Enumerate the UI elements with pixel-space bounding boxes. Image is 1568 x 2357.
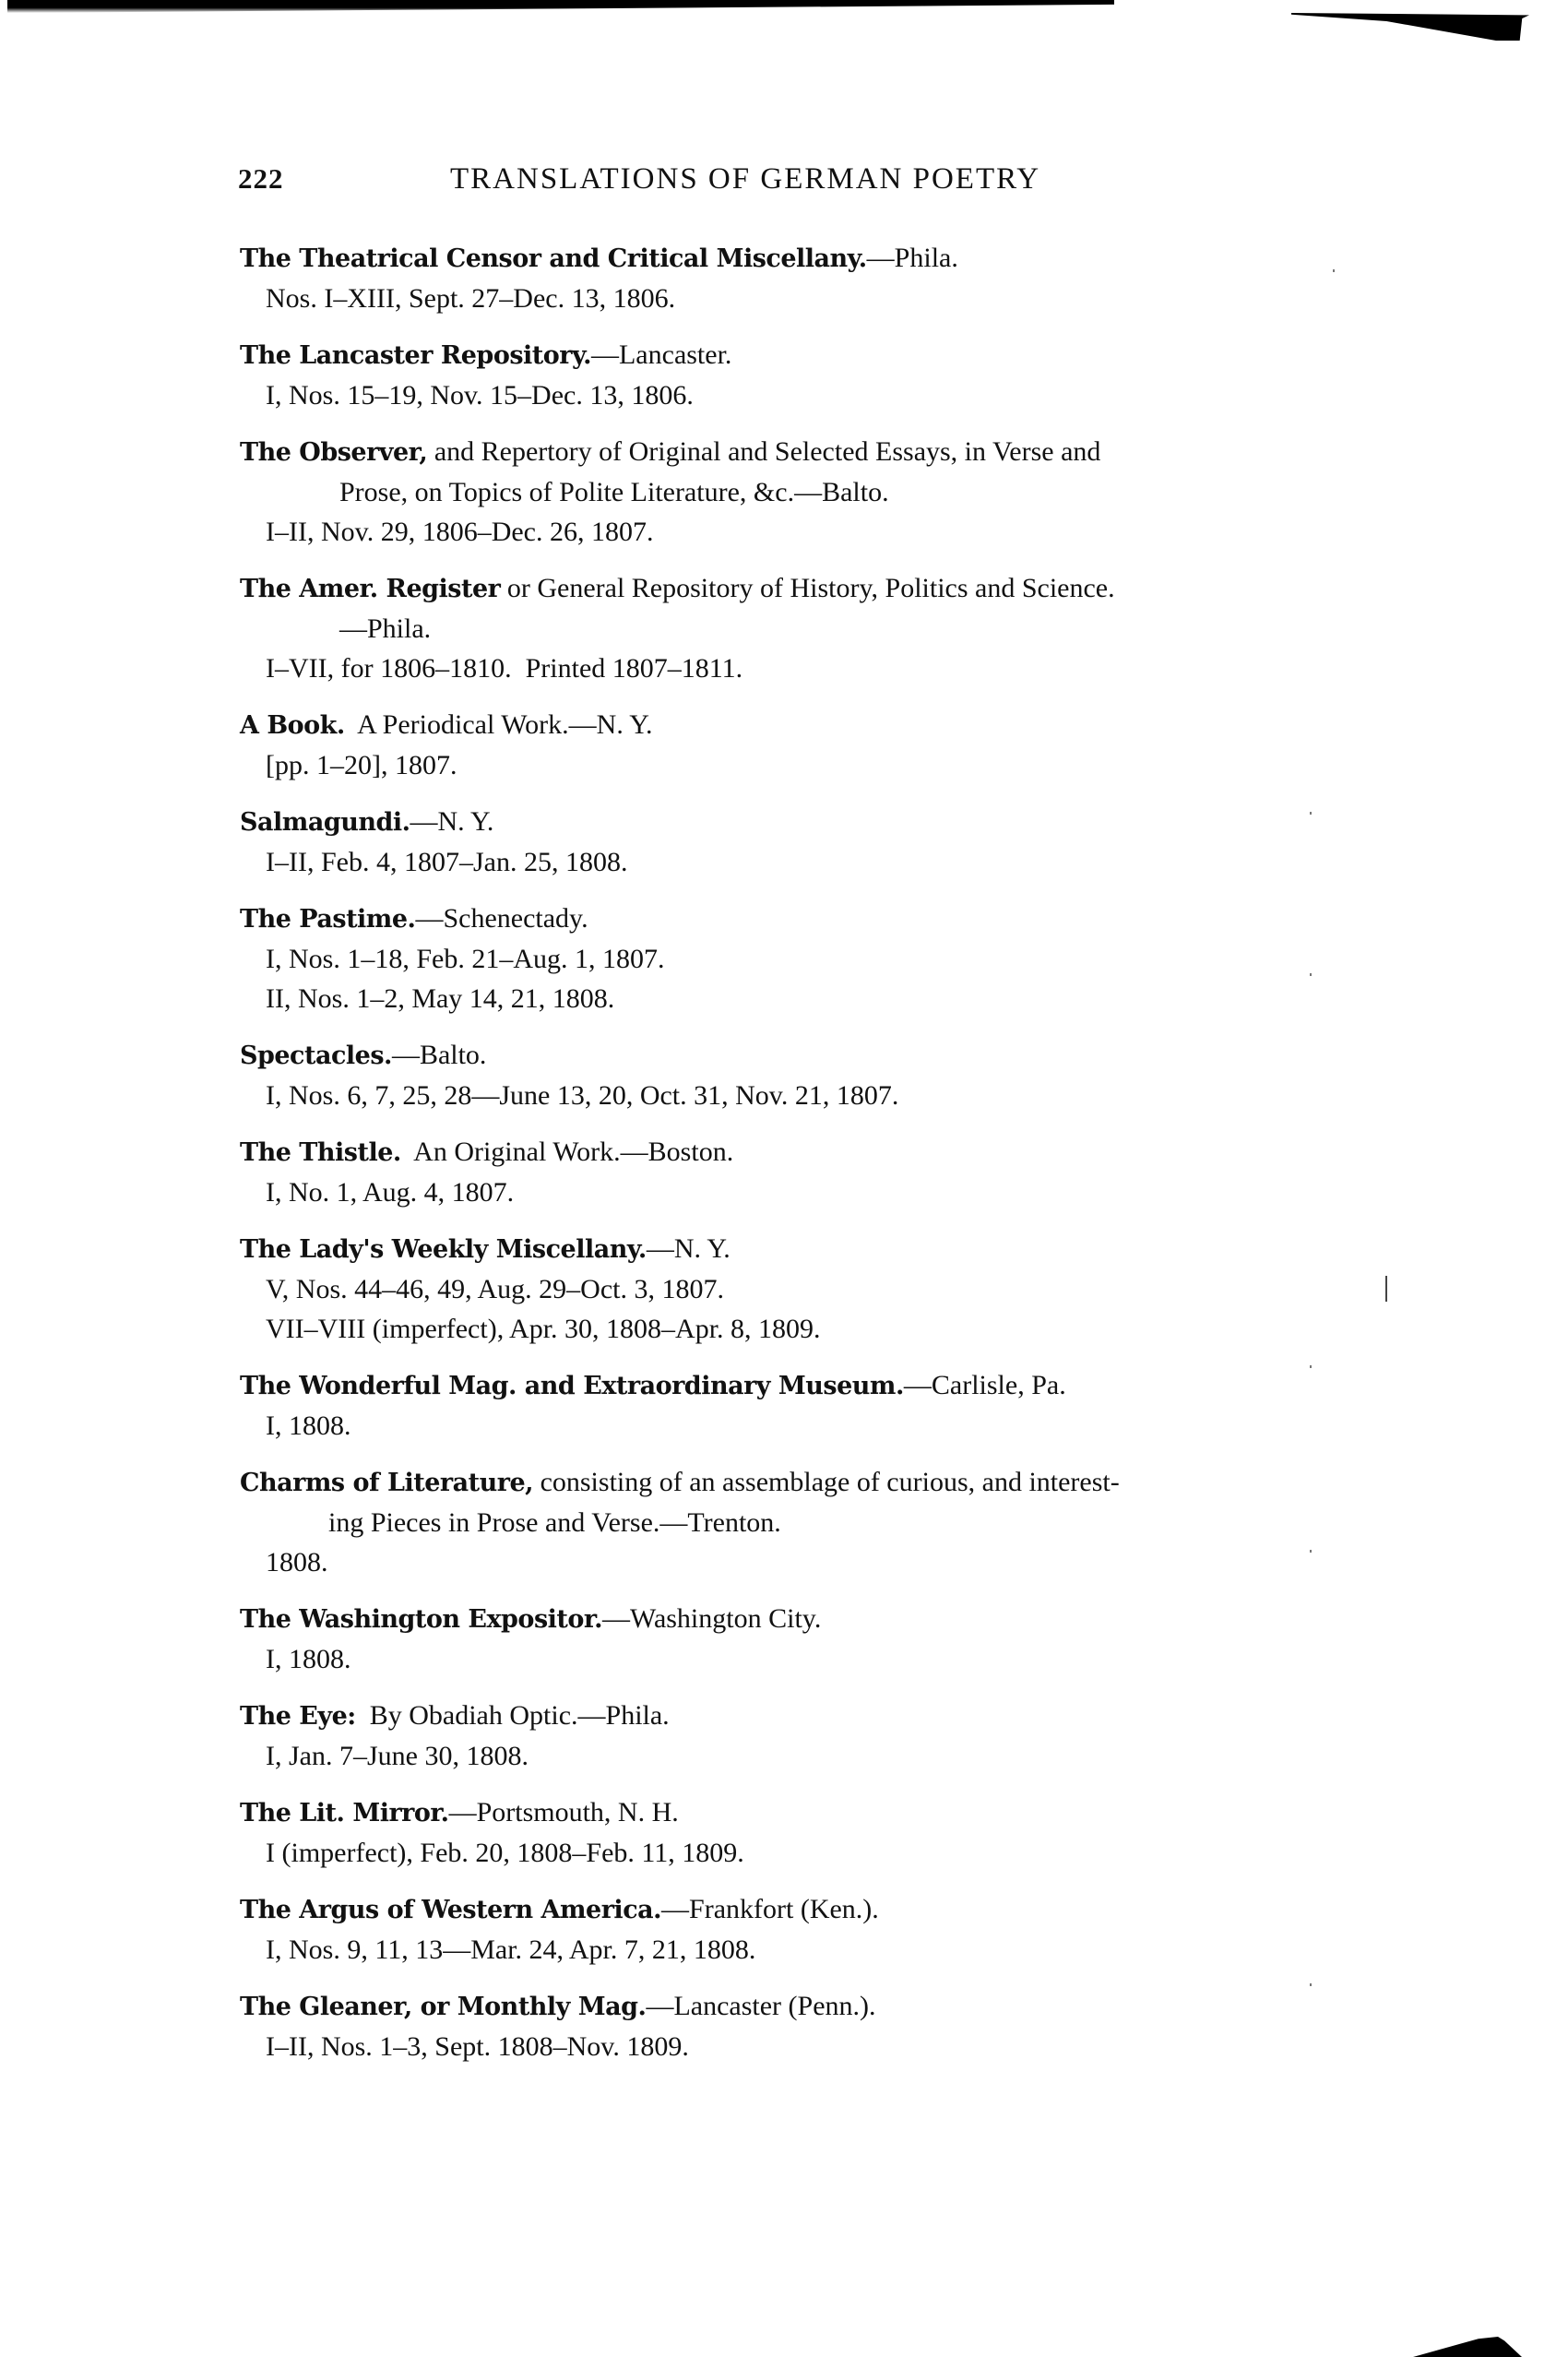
list-item: The Washington Expositor.—Washington Cit… <box>240 1599 1384 1679</box>
list-item: Spectacles.—Balto. I, Nos. 6, 7, 25, 28—… <box>240 1035 1384 1115</box>
scan-speck <box>1310 812 1312 815</box>
scan-speck <box>1310 1983 1312 1986</box>
entry-subtitle: By Obadiah Optic. <box>370 1700 578 1731</box>
entry-detail: I, 1808. <box>240 1639 1384 1679</box>
running-title: TRANSLATIONS OF GERMAN POETRY <box>450 159 1040 199</box>
entry-detail: I–II, Nos. 1–3, Sept. 1808–Nov. 1809. <box>240 2027 1384 2066</box>
entry-title: The Washington Expositor. <box>240 1605 602 1634</box>
entry-detail: I, Nos. 1–18, Feb. 21–Aug. 1, 1807. <box>240 939 1384 979</box>
entry-detail: I–II, Nov. 29, 1806–Dec. 26, 1807. <box>240 512 1384 552</box>
entry-title-line: The Pastime.—Schenectady. <box>240 899 1384 939</box>
entry-place: —N. Y. <box>647 1233 731 1264</box>
entry-title-line: The Wonderful Mag. and Extraordinary Mus… <box>240 1365 1384 1406</box>
entry-title-continuation: ing Pieces in Prose and Verse.—Trenton. <box>240 1503 1384 1542</box>
scan-speck <box>1333 269 1335 272</box>
entry-title-line: The Lancaster Repository.—Lancaster. <box>240 335 1384 375</box>
entry-place: —N. Y. <box>410 806 494 837</box>
entry-title-line: The Washington Expositor.—Washington Cit… <box>240 1599 1384 1639</box>
entry-detail: [pp. 1–20], 1807. <box>240 745 1384 785</box>
entry-place: —Boston. <box>621 1137 734 1167</box>
entry-title: The Lit. Mirror. <box>240 1799 449 1827</box>
entry-title-line: The Eye: By Obadiah Optic.—Phila. <box>240 1696 1384 1736</box>
entry-title: The Pastime. <box>240 905 415 934</box>
entry-title: The Gleaner, or Monthly Mag. <box>240 1993 646 2021</box>
list-item: The Amer. Register or General Repository… <box>240 568 1384 688</box>
entry-place: —Lancaster (Penn.). <box>646 1991 875 2021</box>
entry-title-line: The Amer. Register or General Repository… <box>240 568 1384 609</box>
page-number: 222 <box>238 159 284 199</box>
entry-title-line: A Book. A Periodical Work.—N. Y. <box>240 705 1384 745</box>
entry-title: Charms of Literature, <box>240 1469 533 1497</box>
entry-title: The Lancaster Repository. <box>240 341 591 370</box>
entry-detail: I, 1808. <box>240 1406 1384 1446</box>
entry-title: The Lady's Weekly Miscellany. <box>240 1235 647 1264</box>
entry-subtitle: An Original Work. <box>413 1137 621 1167</box>
scan-corner-top-right <box>1291 13 1529 41</box>
list-item: The Wonderful Mag. and Extraordinary Mus… <box>240 1365 1384 1446</box>
entry-detail: I (imperfect), Feb. 20, 1808–Feb. 11, 18… <box>240 1833 1384 1873</box>
entry-place: —Carlisle, Pa. <box>904 1370 1066 1400</box>
entry-title-line: The Gleaner, or Monthly Mag.—Lancaster (… <box>240 1986 1384 2027</box>
entry-title-line: The Thistle. An Original Work.—Boston. <box>240 1132 1384 1173</box>
entry-title-line: Charms of Literature, consisting of an a… <box>240 1462 1384 1503</box>
entry-detail: VII–VIII (imperfect), Apr. 30, 1808–Apr.… <box>240 1309 1384 1349</box>
entry-title-continuation: —Phila. <box>240 609 1384 649</box>
entry-title: The Amer. Register <box>240 575 500 603</box>
entry-place: —Balto. <box>392 1040 487 1070</box>
entry-place: —Phila. <box>578 1700 670 1731</box>
list-item: The Lit. Mirror.—Portsmouth, N. H. I (im… <box>240 1792 1384 1873</box>
entry-detail: I–II, Feb. 4, 1807–Jan. 25, 1808. <box>240 842 1384 882</box>
scan-speck <box>1310 1550 1312 1553</box>
entry-detail: II, Nos. 1–2, May 14, 21, 1808. <box>240 979 1384 1018</box>
entry-detail: I, Jan. 7–June 30, 1808. <box>240 1736 1384 1776</box>
list-item: The Lady's Weekly Miscellany.—N. Y. V, N… <box>240 1229 1384 1349</box>
list-item: The Argus of Western America.—Frankfort … <box>240 1889 1384 1970</box>
entry-subtitle: or General Repository of History, Politi… <box>507 573 1115 603</box>
entry-title: The Theatrical Censor and Critical Misce… <box>240 244 867 273</box>
entry-title: The Argus of Western America. <box>240 1896 661 1924</box>
list-item: Charms of Literature, consisting of an a… <box>240 1462 1384 1582</box>
entry-title-line: The Theatrical Censor and Critical Misce… <box>240 238 1384 279</box>
entry-title-line: Salmagundi.—N. Y. <box>240 802 1384 842</box>
periodical-list: The Theatrical Censor and Critical Misce… <box>240 238 1384 2083</box>
entry-detail: I, Nos. 15–19, Nov. 15–Dec. 13, 1806. <box>240 375 1384 415</box>
entry-place: —N. Y. <box>569 709 653 740</box>
entry-title-continuation: Prose, on Topics of Polite Literature, &… <box>240 472 1384 512</box>
list-item: The Thistle. An Original Work.—Boston. I… <box>240 1132 1384 1212</box>
entry-title: A Book. <box>240 711 345 740</box>
entry-subtitle: consisting of an assemblage of curious, … <box>540 1467 1120 1497</box>
entry-title: Spectacles. <box>240 1042 392 1070</box>
scan-speck <box>1310 1365 1312 1368</box>
entry-detail: I, Nos. 9, 11, 13—Mar. 24, Apr. 7, 21, 1… <box>240 1930 1384 1970</box>
list-item: The Lancaster Repository.—Lancaster. I, … <box>240 335 1384 415</box>
entry-detail: V, Nos. 44–46, 49, Aug. 29–Oct. 3, 1807. <box>240 1269 1384 1309</box>
entry-title-line: The Lit. Mirror.—Portsmouth, N. H. <box>240 1792 1384 1833</box>
scan-edge-shadow <box>7 0 1114 13</box>
list-item: The Observer, and Repertory of Original … <box>240 432 1384 552</box>
entry-place: —Washington City. <box>602 1603 821 1634</box>
scan-corner-bottom-right <box>1413 2337 1522 2357</box>
entry-detail: 1808. <box>240 1542 1384 1582</box>
entry-detail: Nos. I–XIII, Sept. 27–Dec. 13, 1806. <box>240 279 1384 318</box>
entry-title: The Wonderful Mag. and Extraordinary Mus… <box>240 1372 904 1400</box>
list-item: The Gleaner, or Monthly Mag.—Lancaster (… <box>240 1986 1384 2066</box>
entry-detail: I–VII, for 1806–1810. Printed 1807–1811. <box>240 649 1384 688</box>
entry-subtitle: and Repertory of Original and Selected E… <box>434 436 1101 467</box>
entry-title: The Thistle. <box>240 1138 401 1167</box>
running-head: 222 TRANSLATIONS OF GERMAN POETRY <box>238 159 1253 199</box>
entry-title-line: The Argus of Western America.—Frankfort … <box>240 1889 1384 1930</box>
scan-speck <box>1310 973 1312 976</box>
entry-title: Salmagundi. <box>240 808 410 837</box>
list-item: Salmagundi.—N. Y. I–II, Feb. 4, 1807–Jan… <box>240 802 1384 882</box>
entry-subtitle: A Periodical Work. <box>357 709 569 740</box>
list-item: The Theatrical Censor and Critical Misce… <box>240 238 1384 318</box>
list-item: The Eye: By Obadiah Optic.—Phila. I, Jan… <box>240 1696 1384 1776</box>
entry-place: —Phila. <box>867 243 958 273</box>
entry-title-line: The Lady's Weekly Miscellany.—N. Y. <box>240 1229 1384 1269</box>
entry-place: —Schenectady. <box>415 903 588 934</box>
list-item: A Book. A Periodical Work.—N. Y. [pp. 1–… <box>240 705 1384 785</box>
entry-title-line: Spectacles.—Balto. <box>240 1035 1384 1076</box>
entry-title: The Observer, <box>240 438 427 467</box>
entry-detail: I, Nos. 6, 7, 25, 28—June 13, 20, Oct. 3… <box>240 1076 1384 1115</box>
entry-detail: I, No. 1, Aug. 4, 1807. <box>240 1173 1384 1212</box>
margin-mark <box>1385 1276 1387 1302</box>
entry-place: —Frankfort (Ken.). <box>661 1894 879 1924</box>
entry-place: —Portsmouth, N. H. <box>449 1797 679 1827</box>
list-item: The Pastime.—Schenectady. I, Nos. 1–18, … <box>240 899 1384 1018</box>
entry-title-line: The Observer, and Repertory of Original … <box>240 432 1384 472</box>
entry-title: The Eye: <box>240 1702 356 1731</box>
entry-place: —Lancaster. <box>591 339 731 370</box>
